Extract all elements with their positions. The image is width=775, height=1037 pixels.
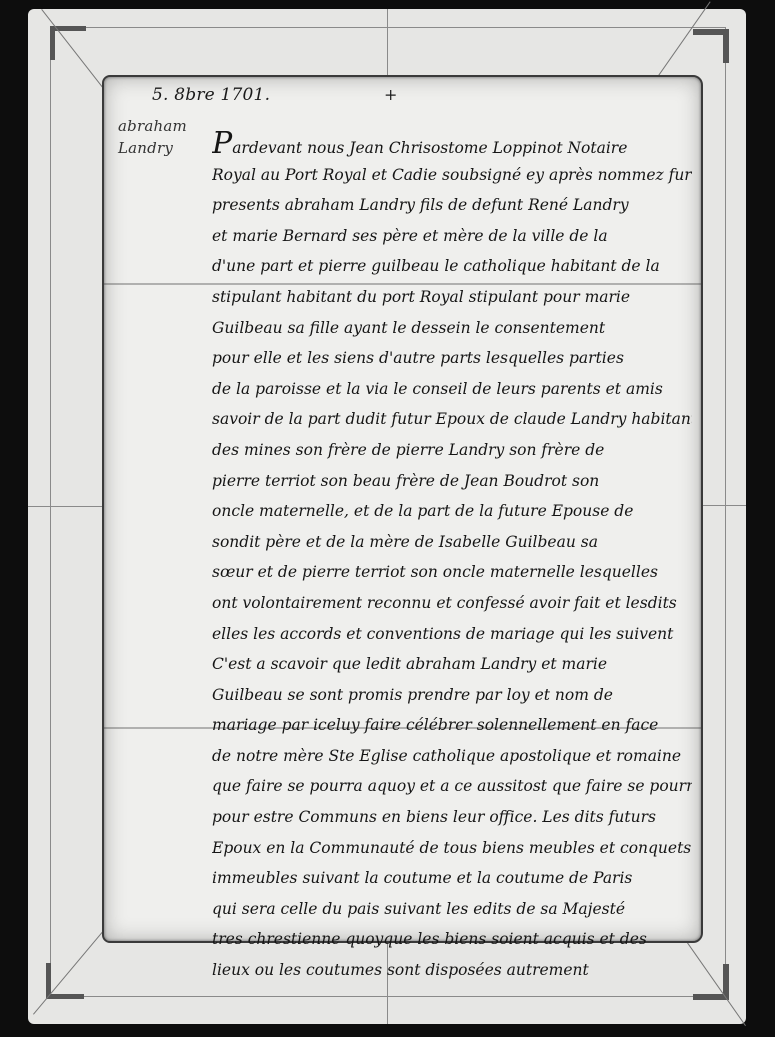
text-line: d'une part et pierre guilbeau le catholi… xyxy=(212,251,692,282)
mount-guide-center xyxy=(387,9,388,75)
text-line: mariage par iceluy faire célébrer solenn… xyxy=(212,710,692,741)
text-line: qui sera celle du pais suivant les edits… xyxy=(212,894,692,925)
text-line: savoir de la part dudit futur Epoux de c… xyxy=(212,404,692,435)
text-line: Pardevant nous Jean Chrisostome Loppinot… xyxy=(212,129,692,160)
text-line: C'est a scavoir que ledit abraham Landry… xyxy=(212,649,692,680)
text-line: Epoux en la Communauté de tous biens meu… xyxy=(212,833,692,864)
text-line: pierre terriot son beau frère de Jean Bo… xyxy=(212,466,692,497)
corner-mark-bl-h xyxy=(48,994,84,999)
text-line: Guilbeau sa fille ayant le dessein le co… xyxy=(212,313,692,344)
text-line: sœur et de pierre terriot son oncle mate… xyxy=(212,557,692,588)
mount-guide-left xyxy=(50,27,51,997)
mount-guide-right xyxy=(725,27,726,997)
text-line: Royal au Port Royal et Cadie soubsigné e… xyxy=(212,160,692,191)
mount-guide-top xyxy=(50,27,726,28)
manuscript-page: 5. 8bre 1701. + abraham Landry Pardevant… xyxy=(102,75,703,943)
text-line: de la paroisse et la via le conseil de l… xyxy=(212,374,692,405)
text-line: presents abraham Landry fils de defunt R… xyxy=(212,190,692,221)
margin-note-line: Landry xyxy=(118,137,178,159)
text-line: et marie Bernard ses père et mère de la … xyxy=(212,221,692,252)
margin-note: abraham Landry xyxy=(118,115,178,159)
margin-note-line: abraham xyxy=(118,115,178,137)
text-line: immeubles suivant la coutume et la coutu… xyxy=(212,863,692,894)
text-line: de notre mère Ste Eglise catholique apos… xyxy=(212,741,692,772)
corner-mark-tl-v xyxy=(50,26,55,60)
date-header: 5. 8bre 1701. xyxy=(152,85,270,105)
mount-guide-bottom xyxy=(50,996,726,997)
mount-guide-mid-left xyxy=(28,506,102,507)
text-line: elles les accords et conventions de mari… xyxy=(212,619,692,650)
text-line: Guilbeau se sont promis prendre par loy … xyxy=(212,680,692,711)
text-line: ont volontairement reconnu et confessé a… xyxy=(212,588,692,619)
text-line: lieux ou les coutumes sont disposées aut… xyxy=(212,955,692,986)
text-line: sondit père et de la mère de Isabelle Gu… xyxy=(212,527,692,558)
text-line: tres chrestienne quoyque les biens soien… xyxy=(212,924,692,955)
text-line: des mines son frère de pierre Landry son… xyxy=(212,435,692,466)
cross-mark: + xyxy=(384,85,398,104)
mount-guide-mid-right xyxy=(698,505,746,506)
text-line: stipulant habitant du port Royal stipula… xyxy=(212,282,692,313)
manuscript-body: Pardevant nous Jean Chrisostome Loppinot… xyxy=(212,129,692,986)
corner-mark-tr-v xyxy=(723,29,729,63)
diagonal-bl xyxy=(33,926,108,1015)
text-line: que faire se pourra aquoy et a ce aussit… xyxy=(212,771,692,802)
text-line: oncle maternelle, et de la part de la fu… xyxy=(212,496,692,527)
text-line: pour elle et les siens d'autre parts les… xyxy=(212,343,692,374)
diagonal-br xyxy=(683,937,746,1026)
text-line: pour estre Communs en biens leur office.… xyxy=(212,802,692,833)
